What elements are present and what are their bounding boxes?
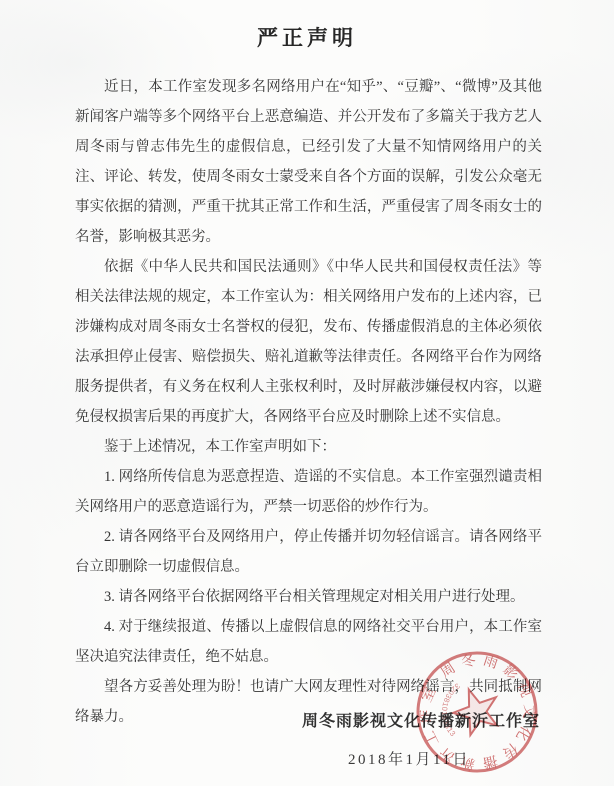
paragraph: 近日，本工作室发现多名网络用户在“知乎”、“豆瓣”、“微博”及其他新闻客户端等多… [75, 72, 542, 252]
paragraph: 1. 网络所传信息为恶意捏造、造谣的不实信息。本工作室强烈谴责相关网络用户的恶意… [75, 462, 542, 522]
document-page: 严正声明 近日，本工作室发现多名网络用户在“知乎”、“豆瓣”、“微博”及其他新闻… [0, 0, 614, 786]
paragraph: 3. 请各网络平台依据网络平台相关管理规定对相关用户进行处理。 [75, 582, 542, 612]
paragraph: 依据《中华人民共和国民法通则》《中华人民共和国侵权责任法》等相关法律法规的规定，… [75, 252, 542, 432]
document-title: 严正声明 [0, 22, 614, 52]
official-seal: 周冬雨影视文化传播新沂工作室 3203810163313 [392, 646, 568, 786]
paragraph: 鉴于上述情况，本工作室声明如下： [75, 432, 542, 462]
paragraph: 2. 请各网络平台及网络用户，停止传播并切勿轻信谣言。请各网络平台立即删除一切虚… [75, 522, 542, 582]
document-body: 近日，本工作室发现多名网络用户在“知乎”、“豆瓣”、“微博”及其他新闻客户端等多… [75, 72, 542, 732]
